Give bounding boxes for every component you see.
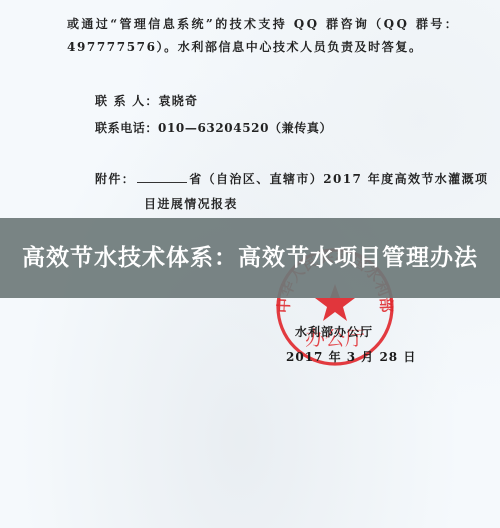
attachment-title-part-1: 省（自治区、直辖市）2017 年度高效节水灌溉项 (189, 172, 488, 186)
attachment-prefix: 附件： (95, 172, 135, 186)
contact-person: 联 系 人：袁晓奇 (95, 92, 198, 109)
attachment-line-1: 附件：省（自治区、直辖市）2017 年度高效节水灌溉项 (95, 170, 488, 187)
contact-phone: 联系电话：010—63204520（兼传真） (95, 119, 332, 136)
paragraph-line-1: 或通过“管理信息系统”的技术支持 QQ 群咨询（QQ 群号： (67, 15, 459, 32)
title-overlay-banner: 高效节水技术体系：高效节水项目管理办法 (0, 218, 500, 298)
issuer-name: 水利部办公厅 (295, 323, 373, 340)
attachment-line-2: 目进展情况报表 (144, 195, 238, 212)
overlay-title: 高效节水技术体系：高效节水项目管理办法 (20, 241, 480, 275)
issue-date: 2017 年 3 月 28 日 (286, 348, 416, 365)
fill-in-blank (137, 171, 187, 183)
paragraph-line-2: 497777576）。水利部信息中心技术人员负责及时答复。 (67, 38, 423, 55)
